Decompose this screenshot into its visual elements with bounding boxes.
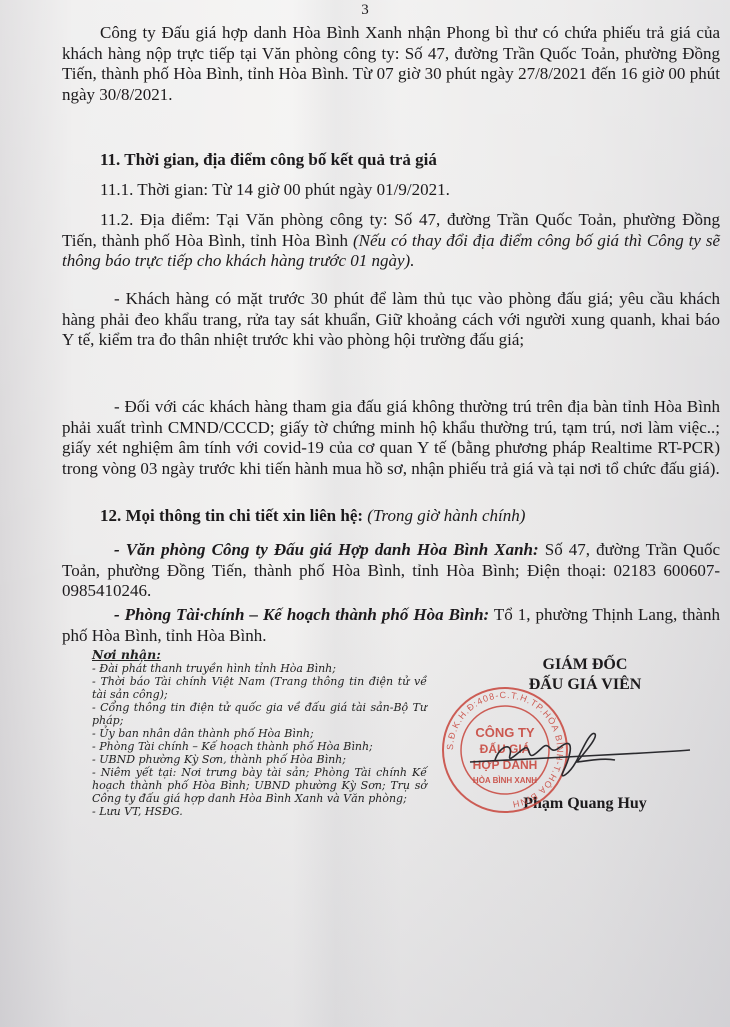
recipient-item: - Lưu VT, HSĐG. [92,805,427,818]
section-11-place: 11.2. Địa điểm: Tại Văn phòng công ty: S… [62,210,720,272]
section-12-heading: 12. Mọi thông tin chi tiết xin liên hệ: … [62,506,720,527]
section-11-heading: 11. Thời gian, địa điểm công bố kết quả … [62,150,720,171]
intro-paragraph: Công ty Đấu giá hợp danh Hòa Bình Xanh n… [62,23,720,105]
section-11-time: 11.1. Thời gian: Từ 14 giờ 00 phút ngày … [62,180,720,201]
signer-role-director: GIÁM ĐỐC [440,655,730,675]
recipient-item: - Phòng Tài chính – Kế hoạch thành phố H… [92,740,427,753]
section-11-bullet-2: - Đối với các khách hàng tham gia đấu gi… [62,397,720,479]
handwritten-signature-icon [465,720,695,790]
recipient-item: - Ủy ban nhân dân thành phố Hòa Bình; [92,727,427,740]
recipients-title: Nơi nhận: [92,648,427,661]
recipient-item: - UBND phường Kỳ Sơn, thành phố Hòa Bình… [92,753,427,766]
section-12-title: 12. Mọi thông tin chi tiết xin liên hệ: [100,506,367,525]
contact-office-label: - Văn phòng Công ty Đấu giá Hợp danh Hòa… [114,540,539,559]
section-11-bullet-1: - Khách hàng có mặt trước 30 phút để làm… [62,289,720,351]
document-page: 3 Công ty Đấu giá hợp danh Hòa Bình Xanh… [0,0,730,1027]
recipients-list: Nơi nhận: - Đài phát thanh truyền hình t… [92,648,427,818]
contact-finance: - Phòng Tài·chính – Kế hoạch thành phố H… [62,605,720,646]
contact-office: - Văn phòng Công ty Đấu giá Hợp danh Hòa… [62,540,720,602]
recipient-item: - Cổng thông tin điện tử quốc gia về đấu… [92,701,427,727]
section-12-note: (Trong giờ hành chính) [367,506,525,525]
recipient-item: - Thời báo Tài chính Việt Nam (Trang thô… [92,675,427,701]
page-number: 3 [0,2,730,19]
recipient-item: - Đài phát thanh truyền hình tỉnh Hòa Bì… [92,662,427,675]
recipient-item: - Niêm yết tại: Nơi trưng bày tài sản; P… [92,766,427,805]
contact-finance-label: - Phòng Tài·chính – Kế hoạch thành phố H… [114,605,489,624]
